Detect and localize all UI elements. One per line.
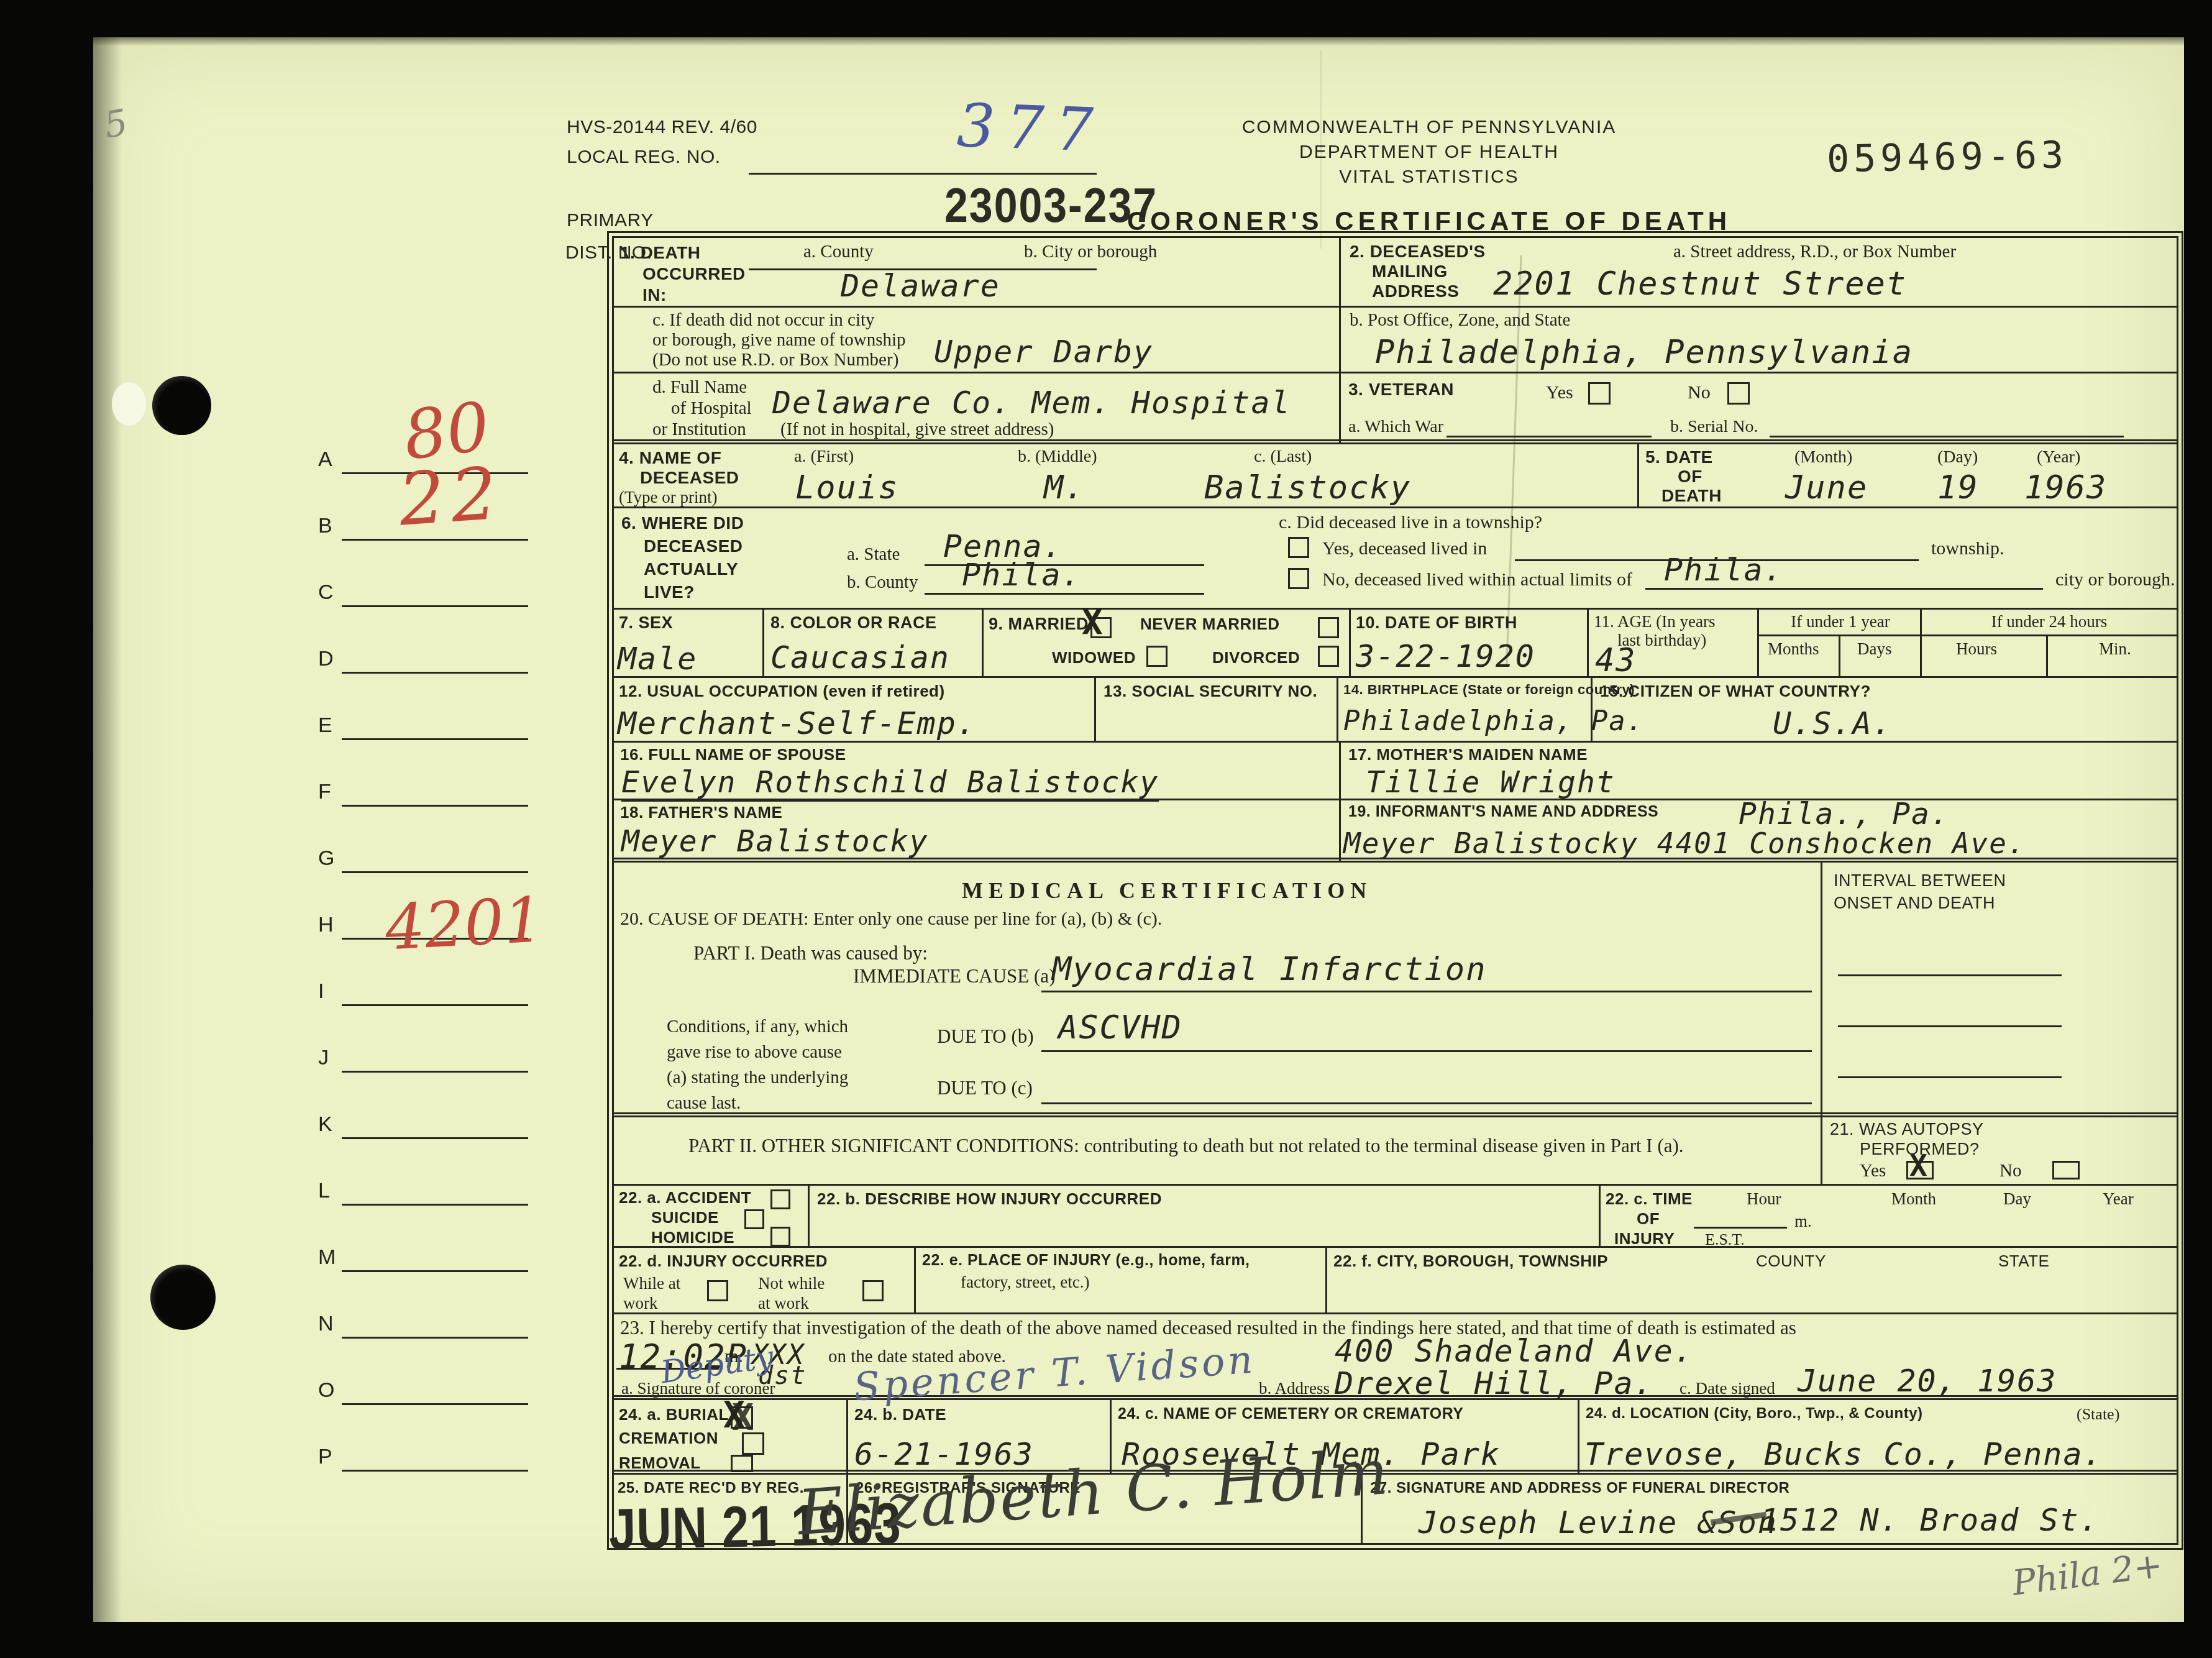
veteran-no-label: No [1688, 382, 1711, 403]
interval-label: ONSET AND DEATH [1834, 894, 1995, 913]
injury-day-label: Day [2003, 1189, 2031, 1209]
cell-23: 23. I hereby certify that investigation … [614, 1314, 2177, 1400]
which-war-label: a. Which War [1348, 417, 1443, 437]
place-of-injury-label: factory, street, etc.) [961, 1273, 1089, 1292]
while-at-work-checkbox [707, 1280, 728, 1301]
cell-7: 7. SEX Male [614, 610, 764, 678]
part1-label: PART I. Death was caused by: [693, 942, 928, 964]
cemetery-state-label: (State) [2077, 1405, 2119, 1424]
coroner-address-line2: Drexel Hill, Pa. [1335, 1365, 1654, 1401]
due-to-c-line [1041, 1102, 1812, 1104]
informant-value: Meyer Balistocky 4401 Conshocken Ave. [1343, 827, 2026, 860]
margin-line [342, 738, 528, 740]
cell-2a: 2. DECEASED'S MAILING ADDRESS a. Street … [1341, 238, 2177, 308]
name-label: DECEASED [640, 468, 739, 488]
cell-interval: INTERVAL BETWEEN ONSET AND DEATH [1822, 863, 2177, 1117]
hour-label: Hour [1747, 1189, 1781, 1209]
serial-no-label: b. Serial No. [1670, 417, 1758, 437]
veteran-yes-checkbox [1588, 382, 1611, 405]
cell-22f: 22. f. CITY, BOROUGH, TOWNSHIP COUNTY ST… [1327, 1248, 2177, 1314]
primary-label: PRIMARY [567, 210, 654, 231]
margin-line [342, 672, 528, 674]
injury-state-label: STATE [1998, 1252, 2049, 1271]
citizen-label: 15. CITIZEN OF WHAT COUNTRY? [1600, 682, 1871, 701]
cell-9: 9. MARRIED X NEVER MARRIED WIDOWED DIVOR… [984, 610, 1351, 678]
under-1-year-rule [1759, 634, 1922, 636]
margin-letter: L [318, 1179, 330, 1203]
post-office-value: Philadelphia, Pennsylvania [1375, 334, 1913, 371]
mother-value: Tillie Wright [1366, 765, 1616, 800]
red-ledger-note-22: 22 [396, 451, 506, 542]
cell-13: 13. SOCIAL SECURITY NO. [1096, 678, 1338, 743]
removal-label: REMOVAL [619, 1454, 701, 1473]
cell-19: 19. INFORMANT'S NAME AND ADDRESS Phila.,… [1341, 800, 2177, 863]
homicide-label: HOMICIDE [651, 1228, 734, 1247]
department-heading: DEPARTMENT OF HEALTH [1131, 142, 1727, 163]
while-at-work-label: While at [623, 1274, 680, 1293]
township-no-checkbox [1288, 568, 1309, 589]
first-name-label: a. (First) [794, 447, 854, 467]
where-lived-label: ACTUALLY [644, 559, 738, 579]
where-lived-label: DECEASED [644, 536, 743, 556]
due-to-b-label: DUE TO (b) [937, 1025, 1034, 1048]
medical-certification-title: MEDICAL CERTIFICATION [962, 877, 1372, 904]
field-2-label: ADDRESS [1372, 282, 1459, 301]
widowed-checkbox [1146, 646, 1168, 667]
margin-line [342, 1270, 528, 1272]
birthplace-label: 14. BIRTHPLACE (State or foreign country… [1343, 682, 1635, 698]
county-residence-value: Phila. [962, 557, 1082, 593]
certificate-form-table: 1. DEATH OCCURRED IN: a. County Delaware… [612, 236, 2178, 1545]
burial-checkbox-mark: X [723, 1394, 745, 1436]
cemetery-location-label: 24. d. LOCATION (City, Boro., Twp., & Co… [1586, 1405, 1922, 1422]
margin-letter: C [318, 580, 334, 605]
months-label: Months [1768, 639, 1819, 659]
cell-1ab: 1. DEATH OCCURRED IN: a. County Delaware… [614, 238, 1341, 308]
local-reg-line [749, 173, 1097, 175]
conditions-note: cause last. [667, 1093, 741, 1114]
cell-22d: 22. d. INJURY OCCURRED While at work Not… [614, 1248, 916, 1314]
cell-22c: 22. c. TIME Hour Month Day Year OF m. IN… [1601, 1186, 2177, 1248]
margin-letter: B [318, 514, 332, 538]
hospital-value: Delaware Co. Mem. Hospital [772, 385, 1291, 421]
city-limits-value: Phila. [1664, 552, 1784, 588]
margin-letter: G [318, 846, 335, 871]
veteran-label: 3. VETERAN [1348, 380, 1454, 400]
autopsy-no-label: No [1999, 1161, 2021, 1181]
date-signed-label: c. Date signed [1680, 1379, 1775, 1398]
birth-date-label: 10. DATE OF BIRTH [1356, 613, 1517, 633]
spouse-value: Evelyn Rothschild Balistocky [621, 765, 1159, 802]
interval-line-a [1838, 974, 2062, 976]
conditions-note: Conditions, if any, which [667, 1017, 848, 1037]
certificate-number: 059469-63 [1826, 134, 2068, 181]
first-name-value: Louis [795, 469, 899, 506]
immediate-cause-label: IMMEDIATE CAUSE (a) [853, 965, 1055, 987]
month-label: (Month) [1794, 447, 1852, 467]
margin-line [342, 1470, 528, 1472]
commonwealth-heading: COMMONWEALTH OF PENNSYLVANIA [1131, 117, 1727, 138]
name-label: 4. NAME OF [619, 448, 721, 468]
township-no-label: No, deceased lived within actual limits … [1322, 569, 1632, 590]
cell-10: 10. DATE OF BIRTH 3-22-1920 [1351, 610, 1589, 678]
never-married-checkbox [1318, 617, 1339, 638]
under-24-hours-rule [1922, 634, 2177, 636]
race-value: Caucasian [770, 639, 950, 676]
phila-handwritten-note: Phila 2+ [2010, 1545, 2165, 1603]
part2-label: PART II. OTHER SIGNIFICANT CONDITIONS: c… [688, 1135, 1684, 1157]
injury-occurred-label: 22. d. INJURY OCCURRED [619, 1252, 828, 1271]
under-24-hours-label: If under 24 hours [1922, 612, 2177, 631]
cell-part2: PART II. OTHER SIGNIFICANT CONDITIONS: c… [614, 1117, 1822, 1186]
place-of-injury-label: 22. e. PLACE OF INJURY (e.g., home, farm… [922, 1252, 1250, 1270]
veteran-no-checkbox [1727, 382, 1750, 405]
cemetery-location-value: Trevose, Bucks Co., Penna. [1584, 1436, 2103, 1472]
cell-27: 27. SIGNATURE AND ADDRESS OF FUNERAL DIR… [1363, 1475, 2177, 1543]
hospital-label-note: (If not in hospital, give street address… [780, 419, 1054, 440]
autopsy-yes-label: Yes [1860, 1161, 1886, 1181]
est-label: E.S.T. [1705, 1230, 1745, 1249]
township-label: (Do not use R.D. or Box Number) [652, 350, 898, 370]
interval-line-b [1838, 1025, 2062, 1027]
margin-letter: O [318, 1378, 335, 1403]
death-day-value: 19 [1937, 469, 1979, 506]
margin-letter: A [318, 447, 332, 472]
certificate-title: CORONER'S CERTIFICATE OF DEATH [1050, 206, 1808, 236]
autopsy-no-checkbox [2052, 1161, 2080, 1179]
cell-1d: d. Full Name of Hospital or Institution … [614, 373, 1341, 444]
married-checkbox-mark: X [1082, 602, 1103, 643]
ssn-label: 13. SOCIAL SECURITY NO. [1104, 682, 1317, 701]
form-number: HVS-20144 REV. 4/60 [567, 117, 757, 138]
date-signed-value: June 20, 1963 [1798, 1363, 2057, 1399]
cell-under-1-year: If under 1 year Months Days [1759, 610, 1922, 678]
township-label: or borough, give name of township [652, 330, 906, 350]
cell-17: 17. MOTHER'S MAIDEN NAME Tillie Wright [1341, 743, 2177, 800]
middle-name-label: b. (Middle) [1018, 447, 1097, 467]
cremation-checkbox [742, 1432, 764, 1455]
not-while-at-work-checkbox [862, 1280, 884, 1301]
hospital-label: d. Full Name [652, 377, 747, 398]
date-of-death-label: OF [1678, 467, 1702, 487]
coroner-signature-label: a. Signature of coroner [621, 1379, 775, 1398]
cell-14: 14. BIRTHPLACE (State or foreign country… [1338, 678, 1593, 743]
margin-line [342, 871, 528, 873]
margin-letter: E [318, 713, 332, 738]
due-to-b-value: ASCVHD [1058, 1009, 1182, 1047]
margin-letter: D [318, 647, 334, 671]
where-lived-label: 6. WHERE DID [621, 513, 744, 533]
spouse-label: 16. FULL NAME OF SPOUSE [620, 745, 846, 764]
sex-value: Male [618, 641, 697, 677]
margin-letter: H [318, 913, 334, 937]
township-yes-label: Yes, deceased lived in [1322, 538, 1487, 559]
field-1-label: IN: [642, 285, 667, 305]
time-of-injury-label: 22. c. TIME [1606, 1189, 1693, 1209]
burial-label: 24. a. BURIAL [619, 1405, 729, 1424]
city-borough-suffix-label: city or borough. [2055, 569, 2175, 590]
county-value: Delaware [841, 268, 1000, 304]
funeral-director-address: 1512 N. Broad St. [1760, 1502, 2100, 1538]
cell-8: 8. COLOR OR RACE Caucasian [764, 610, 984, 678]
field-2-label: MAILING [1372, 262, 1448, 282]
certificate-paper: 5 A B C D E F G H I J K L M N O P 80 22 … [93, 37, 2184, 1622]
post-office-label: b. Post Office, Zone, and State [1350, 310, 1570, 331]
under-24-hours-divider [2046, 634, 2048, 678]
margin-line [342, 1004, 528, 1006]
injury-m-label: m. [1794, 1212, 1812, 1231]
margin-letter: I [318, 979, 324, 1004]
paper-top-shadow [93, 37, 2184, 46]
margin-line [342, 1337, 528, 1339]
margin-line [342, 1137, 528, 1139]
cell-15: 15. CITIZEN OF WHAT COUNTRY? U.S.A. [1593, 678, 2177, 743]
funeral-director-label: 27. SIGNATURE AND ADDRESS OF FUNERAL DIR… [1370, 1480, 1789, 1497]
city-borough-label: b. City or borough [1024, 242, 1157, 262]
hole-punch-bottom [150, 1265, 216, 1330]
cemetery-label: 24. c. NAME OF CEMETERY OR CREMATORY [1118, 1405, 1464, 1423]
immediate-cause-value: Myocardial Infarction [1052, 951, 1486, 988]
suicide-label: SUICIDE [651, 1208, 719, 1227]
due-to-b-line [1041, 1050, 1812, 1052]
margin-letter: P [318, 1445, 332, 1469]
injury-county-label: COUNTY [1756, 1252, 1826, 1271]
injury-month-label: Month [1891, 1189, 1936, 1209]
paper-chip [112, 382, 146, 426]
street-address-value: 2201 Chestnut Street [1493, 265, 1907, 303]
homicide-checkbox [770, 1227, 790, 1247]
which-war-line [1446, 436, 1652, 437]
removal-checkbox [731, 1455, 753, 1472]
days-label: Days [1857, 639, 1892, 659]
cell-21: 21. WAS AUTOPSY PERFORMED? Yes X No [1822, 1117, 2177, 1186]
widowed-label: WIDOWED [1052, 648, 1136, 667]
local-reg-value-handwritten: 377 [956, 91, 1105, 165]
interval-label: INTERVAL BETWEEN [1834, 871, 2006, 891]
cell-18: 18. FATHER'S NAME Meyer Balistocky [614, 800, 1341, 863]
where-lived-label: LIVE? [644, 582, 695, 602]
conditions-note: gave rise to above cause [667, 1042, 842, 1063]
cell-1c: c. If death did not occur in city or bor… [614, 308, 1341, 373]
scanned-photo-background: { "header": { "form_no": "HVS-20144 REV.… [0, 0, 2212, 1658]
min-label: Min. [2099, 639, 2131, 659]
middle-name-value: M. [1044, 469, 1085, 506]
township-suffix-label: township. [1931, 538, 2004, 559]
suicide-checkbox [744, 1209, 764, 1229]
conditions-note: (a) stating the underlying [667, 1068, 848, 1088]
year-label: (Year) [2037, 447, 2080, 467]
sex-label: 7. SEX [619, 613, 673, 633]
cell-3: 3. VETERAN Yes No a. Which War b. Serial… [1341, 373, 2177, 444]
immediate-cause-line [1041, 991, 1812, 992]
time-of-injury-label: INJURY [1614, 1229, 1675, 1248]
occupation-value: Merchant-Self-Emp. [618, 705, 977, 741]
margin-line [342, 605, 528, 607]
injury-city-label: 22. f. CITY, BOROUGH, TOWNSHIP [1333, 1252, 1608, 1271]
cell-16: 16. FULL NAME OF SPOUSE Evelyn Rothschil… [614, 743, 1341, 800]
mother-label: 17. MOTHER'S MAIDEN NAME [1348, 745, 1588, 764]
injury-time-line [1694, 1227, 1787, 1229]
cell-22a: 22. a. ACCIDENT SUICIDE HOMICIDE [614, 1186, 810, 1248]
margin-line [342, 1071, 528, 1073]
cell-12: 12. USUAL OCCUPATION (even if retired) M… [614, 678, 1096, 743]
margin-letter: K [318, 1112, 332, 1137]
divorced-checkbox [1318, 646, 1339, 667]
margin-letter: N [318, 1312, 334, 1336]
township-question-label: c. Did deceased live in a township? [1279, 512, 1542, 533]
cell-4: 4. NAME OF DECEASED (Type or print) a. (… [614, 444, 1639, 508]
father-value: Meyer Balistocky [621, 824, 928, 859]
vital-statistics-heading: VITAL STATISTICS [1131, 167, 1727, 188]
date-of-death-label: DEATH [1661, 486, 1722, 506]
cell-6: 6. WHERE DID DECEASED ACTUALLY LIVE? a. … [614, 508, 2177, 610]
death-year-value: 1963 [2024, 469, 2107, 506]
hospital-label: of Hospital [671, 398, 752, 419]
autopsy-yes-mark: X [1909, 1148, 1927, 1183]
cell-22b: 22. b. DESCRIBE HOW INJURY OCCURRED [810, 1186, 1601, 1248]
informant-label: 19. INFORMANT'S NAME AND ADDRESS [1348, 803, 1658, 821]
field-1-label: OCCURRED [642, 264, 746, 284]
not-while-at-work-label: at work [758, 1294, 809, 1313]
margin-line [342, 1403, 528, 1405]
cell-22e: 22. e. PLACE OF INJURY (e.g., home, farm… [916, 1248, 1327, 1314]
under-1-year-divider [1839, 634, 1840, 678]
coroner-address-label: b. Address [1259, 1379, 1330, 1398]
local-reg-label: LOCAL REG. NO. [567, 147, 721, 168]
cell-20-medical: MEDICAL CERTIFICATION 20. CAUSE OF DEATH… [614, 863, 1822, 1117]
interval-line-c [1838, 1076, 2062, 1078]
divorced-label: DIVORCED [1212, 648, 1300, 667]
burial-date-label: 24. b. DATE [854, 1405, 946, 1424]
injury-description-label: 22. b. DESCRIBE HOW INJURY OCCURRED [817, 1189, 1162, 1209]
coroner-address-line1: 400 Shadeland Ave. [1335, 1333, 1694, 1369]
injury-year-label: Year [2103, 1189, 2134, 1209]
red-ledger-note-4201: 4201 [383, 883, 545, 964]
county-label: a. County [803, 242, 874, 262]
age-value: 43 [1595, 642, 1637, 679]
name-label-note: (Type or print) [619, 488, 718, 507]
never-married-label: NEVER MARRIED [1140, 615, 1280, 634]
birth-date-value: 3-22-1920 [1356, 638, 1535, 674]
margin-letter: F [318, 780, 331, 804]
married-label: 9. MARRIED [989, 615, 1089, 634]
hours-label: Hours [1956, 639, 1997, 659]
last-name-label: c. (Last) [1254, 447, 1312, 467]
cause-of-death-label: 20. CAUSE OF DEATH: Enter only one cause… [620, 909, 1162, 930]
autopsy-label: 21. WAS AUTOPSY [1830, 1120, 1984, 1139]
while-at-work-label: work [623, 1294, 658, 1313]
father-label: 18. FATHER'S NAME [620, 803, 782, 822]
veteran-yes-label: Yes [1546, 382, 1573, 403]
accident-checkbox [770, 1189, 790, 1209]
street-address-label: a. Street address, R.D., or Box Number [1673, 242, 1956, 262]
margin-letter: J [318, 1046, 329, 1070]
township-yes-checkbox [1288, 537, 1309, 558]
citizen-value: U.S.A. [1773, 705, 1893, 741]
state-label: a. State [847, 544, 900, 565]
occupation-label: 12. USUAL OCCUPATION (even if retired) [619, 682, 945, 701]
cell-5: 5. DATE OF DEATH (Month) (Day) (Year) Ju… [1639, 444, 2177, 508]
cremation-label: CREMATION [619, 1429, 718, 1448]
hospital-label: or Institution [652, 419, 746, 440]
day-label: (Day) [1937, 447, 1978, 467]
due-to-c-label: DUE TO (c) [937, 1077, 1033, 1099]
serial-no-line [1770, 436, 2124, 437]
margin-letter: M [318, 1245, 336, 1270]
last-name-value: Balistocky [1204, 469, 1411, 506]
cell-2b: b. Post Office, Zone, and State Philadel… [1341, 308, 2177, 373]
field-1-label: 1. DEATH [620, 243, 701, 263]
not-while-at-work-label: Not while [758, 1274, 825, 1293]
cell-11: 11. AGE (In years last birthday) 43 [1589, 610, 1759, 678]
field-2-label: 2. DECEASED'S [1350, 242, 1486, 262]
time-of-injury-label: OF [1637, 1209, 1660, 1229]
date-of-death-label: 5. DATE [1645, 447, 1713, 467]
margin-line [342, 1204, 528, 1206]
paper-left-shadow [93, 37, 122, 1622]
death-month-value: June [1785, 469, 1868, 506]
cell-24d: 24. d. LOCATION (City, Boro., Twp., & Co… [1579, 1400, 2177, 1475]
township-label: c. If death did not occur in city [652, 310, 875, 331]
race-label: 8. COLOR OR RACE [770, 613, 937, 633]
under-1-year-label: If under 1 year [1759, 612, 1922, 631]
accident-label: 22. a. ACCIDENT [619, 1188, 751, 1207]
county-residence-line [925, 593, 1204, 595]
city-limits-line [1645, 588, 2043, 590]
cell-24a: 24. a. BURIAL X CREMATION REMOVAL [614, 1400, 848, 1475]
county-residence-label: b. County [847, 572, 918, 593]
cell-under-24-hours: If under 24 hours Hours Min. [1922, 610, 2177, 678]
township-value: Upper Darby [934, 334, 1153, 370]
margin-line [342, 805, 528, 807]
hole-punch-top [152, 376, 211, 435]
age-label: 11. AGE (In years [1594, 612, 1715, 631]
